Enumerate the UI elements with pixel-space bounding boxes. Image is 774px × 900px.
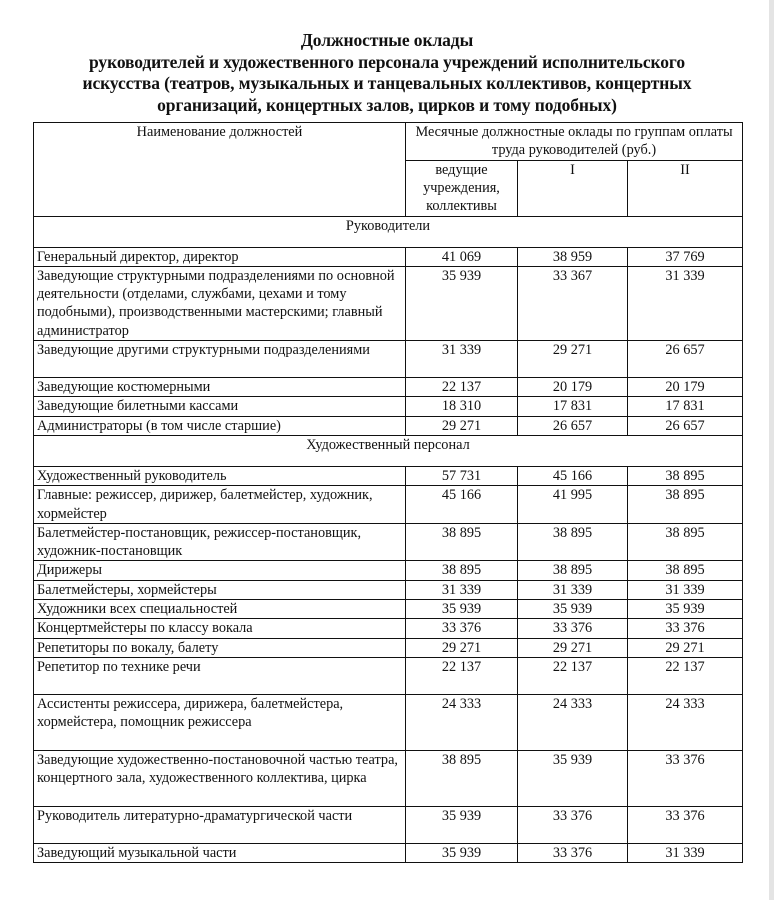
- position-name: Заведующие структурными подразделениями …: [34, 266, 406, 340]
- table-row: Главные: режиссер, дирижер, балетмейстер…: [34, 486, 743, 524]
- table-row: Дирижеры38 89538 89538 895: [34, 561, 743, 580]
- position-name: Балетмейстеры, хормейстеры: [34, 580, 406, 599]
- section-title: Художественный персонал: [34, 435, 743, 466]
- salary-group-2: 29 271: [628, 638, 743, 657]
- header-leading-institutions: ведущие учреждения, коллективы: [406, 160, 518, 216]
- position-name: Дирижеры: [34, 561, 406, 580]
- salary-group-1: 38 895: [518, 523, 628, 561]
- position-name: Заведующий музыкальной части: [34, 843, 406, 862]
- salary-leading: 35 939: [406, 843, 518, 862]
- salary-group-2: 33 376: [628, 806, 743, 843]
- position-name: Руководитель литературно-драматургическо…: [34, 806, 406, 843]
- salary-group-1: 24 333: [518, 694, 628, 750]
- salary-leading: 45 166: [406, 486, 518, 524]
- salary-group-2: 31 339: [628, 580, 743, 599]
- title-line: искусства (театров, музыкальных и танцев…: [0, 73, 774, 95]
- salary-group-2: 31 339: [628, 843, 743, 862]
- table-row: Руководитель литературно-драматургическо…: [34, 806, 743, 843]
- table-row: Художники всех специальностей35 93935 93…: [34, 600, 743, 619]
- title-line: организаций, концертных залов, цирков и …: [0, 95, 774, 117]
- table-row: Заведующие билетными кассами18 31017 831…: [34, 397, 743, 416]
- salary-group-1: 38 959: [518, 247, 628, 266]
- salary-group-1: 31 339: [518, 580, 628, 599]
- salary-group-1: 35 939: [518, 600, 628, 619]
- position-name: Художники всех специальностей: [34, 600, 406, 619]
- salary-leading: 22 137: [406, 657, 518, 694]
- salary-group-2: 38 895: [628, 561, 743, 580]
- position-name: Заведующие билетными кассами: [34, 397, 406, 416]
- salary-group-1: 33 376: [518, 619, 628, 638]
- salary-leading: 38 895: [406, 523, 518, 561]
- salary-leading: 31 339: [406, 341, 518, 378]
- salary-leading: 38 895: [406, 750, 518, 806]
- salary-leading: 35 939: [406, 266, 518, 340]
- salary-group-1: 22 137: [518, 657, 628, 694]
- position-name: Ассистенты режиссера, дирижера, балетмей…: [34, 694, 406, 750]
- position-name: Репетитор по технике речи: [34, 657, 406, 694]
- salary-leading: 41 069: [406, 247, 518, 266]
- salary-leading: 31 339: [406, 580, 518, 599]
- position-name: Генеральный директор, директор: [34, 247, 406, 266]
- position-name: Администраторы (в том числе старшие): [34, 416, 406, 435]
- salary-group-2: 38 895: [628, 486, 743, 524]
- salary-leading: 24 333: [406, 694, 518, 750]
- title-line: руководителей и художественного персонал…: [0, 52, 774, 74]
- salary-group-2: 17 831: [628, 397, 743, 416]
- table-row: Заведующие структурными подразделениями …: [34, 266, 743, 340]
- table-body: РуководителиГенеральный директор, директ…: [34, 216, 743, 863]
- salary-group-1: 29 271: [518, 638, 628, 657]
- salary-group-1: 33 376: [518, 806, 628, 843]
- header-position-name: Наименование должностей: [34, 123, 406, 217]
- table-row: Заведующий музыкальной части35 93933 376…: [34, 843, 743, 862]
- salary-group-2: 33 376: [628, 619, 743, 638]
- salary-group-1: 29 271: [518, 341, 628, 378]
- table-row: Администраторы (в том числе старшие)29 2…: [34, 416, 743, 435]
- salary-leading: 18 310: [406, 397, 518, 416]
- salary-group-1: 33 367: [518, 266, 628, 340]
- table-row: Заведующие костюмерными22 13720 17920 17…: [34, 378, 743, 397]
- table-header: Наименование должностей Месячные должнос…: [34, 123, 743, 217]
- position-name: Балетмейстер-постановщик, режиссер-поста…: [34, 523, 406, 561]
- table-row: Заведующие художественно-постановочной ч…: [34, 750, 743, 806]
- position-name: Заведующие художественно-постановочной ч…: [34, 750, 406, 806]
- salary-group-2: 22 137: [628, 657, 743, 694]
- salary-group-2: 24 333: [628, 694, 743, 750]
- section-title: Руководители: [34, 216, 743, 247]
- table-row: Концертмейстеры по классу вокала33 37633…: [34, 619, 743, 638]
- salary-leading: 57 731: [406, 466, 518, 485]
- salary-leading: 35 939: [406, 806, 518, 843]
- salary-group-1: 26 657: [518, 416, 628, 435]
- salary-group-2: 38 895: [628, 523, 743, 561]
- salary-group-1: 38 895: [518, 561, 628, 580]
- salary-group-2: 37 769: [628, 247, 743, 266]
- header-salary-groups: Месячные должностные оклады по группам о…: [406, 123, 743, 161]
- salary-group-2: 20 179: [628, 378, 743, 397]
- position-name: Главные: режиссер, дирижер, балетмейстер…: [34, 486, 406, 524]
- scrollbar-track[interactable]: [769, 0, 774, 900]
- salary-leading: 29 271: [406, 638, 518, 657]
- salary-leading: 29 271: [406, 416, 518, 435]
- salary-group-2: 31 339: [628, 266, 743, 340]
- salary-leading: 35 939: [406, 600, 518, 619]
- salary-group-1: 35 939: [518, 750, 628, 806]
- document-title: Должностные оклады руководителей и худож…: [0, 30, 774, 116]
- table-row: Репетиторы по вокалу, балету29 27129 271…: [34, 638, 743, 657]
- salary-group-2: 35 939: [628, 600, 743, 619]
- table-row: Художественный руководитель57 73145 1663…: [34, 466, 743, 485]
- salary-group-1: 20 179: [518, 378, 628, 397]
- salary-table: Наименование должностей Месячные должнос…: [33, 122, 743, 863]
- position-name: Заведующие другими структурными подразде…: [34, 341, 406, 378]
- header-group-1: I: [518, 160, 628, 216]
- section-row: Руководители: [34, 216, 743, 247]
- salary-group-1: 45 166: [518, 466, 628, 485]
- position-name: Концертмейстеры по классу вокала: [34, 619, 406, 638]
- table-row: Заведующие другими структурными подразде…: [34, 341, 743, 378]
- salary-leading: 22 137: [406, 378, 518, 397]
- table-row: Репетитор по технике речи22 13722 13722 …: [34, 657, 743, 694]
- position-name: Заведующие костюмерными: [34, 378, 406, 397]
- position-name: Репетиторы по вокалу, балету: [34, 638, 406, 657]
- position-name: Художественный руководитель: [34, 466, 406, 485]
- salary-leading: 38 895: [406, 561, 518, 580]
- salary-group-1: 41 995: [518, 486, 628, 524]
- table-row: Балетмейстер-постановщик, режиссер-поста…: [34, 523, 743, 561]
- salary-group-2: 26 657: [628, 341, 743, 378]
- salary-leading: 33 376: [406, 619, 518, 638]
- header-group-2: II: [628, 160, 743, 216]
- salary-group-1: 33 376: [518, 843, 628, 862]
- title-line: Должностные оклады: [0, 30, 774, 52]
- section-row: Художественный персонал: [34, 435, 743, 466]
- salary-group-2: 26 657: [628, 416, 743, 435]
- table-row: Генеральный директор, директор41 06938 9…: [34, 247, 743, 266]
- salary-group-1: 17 831: [518, 397, 628, 416]
- salary-group-2: 33 376: [628, 750, 743, 806]
- table-row: Ассистенты режиссера, дирижера, балетмей…: [34, 694, 743, 750]
- table-row: Балетмейстеры, хормейстеры31 33931 33931…: [34, 580, 743, 599]
- salary-group-2: 38 895: [628, 466, 743, 485]
